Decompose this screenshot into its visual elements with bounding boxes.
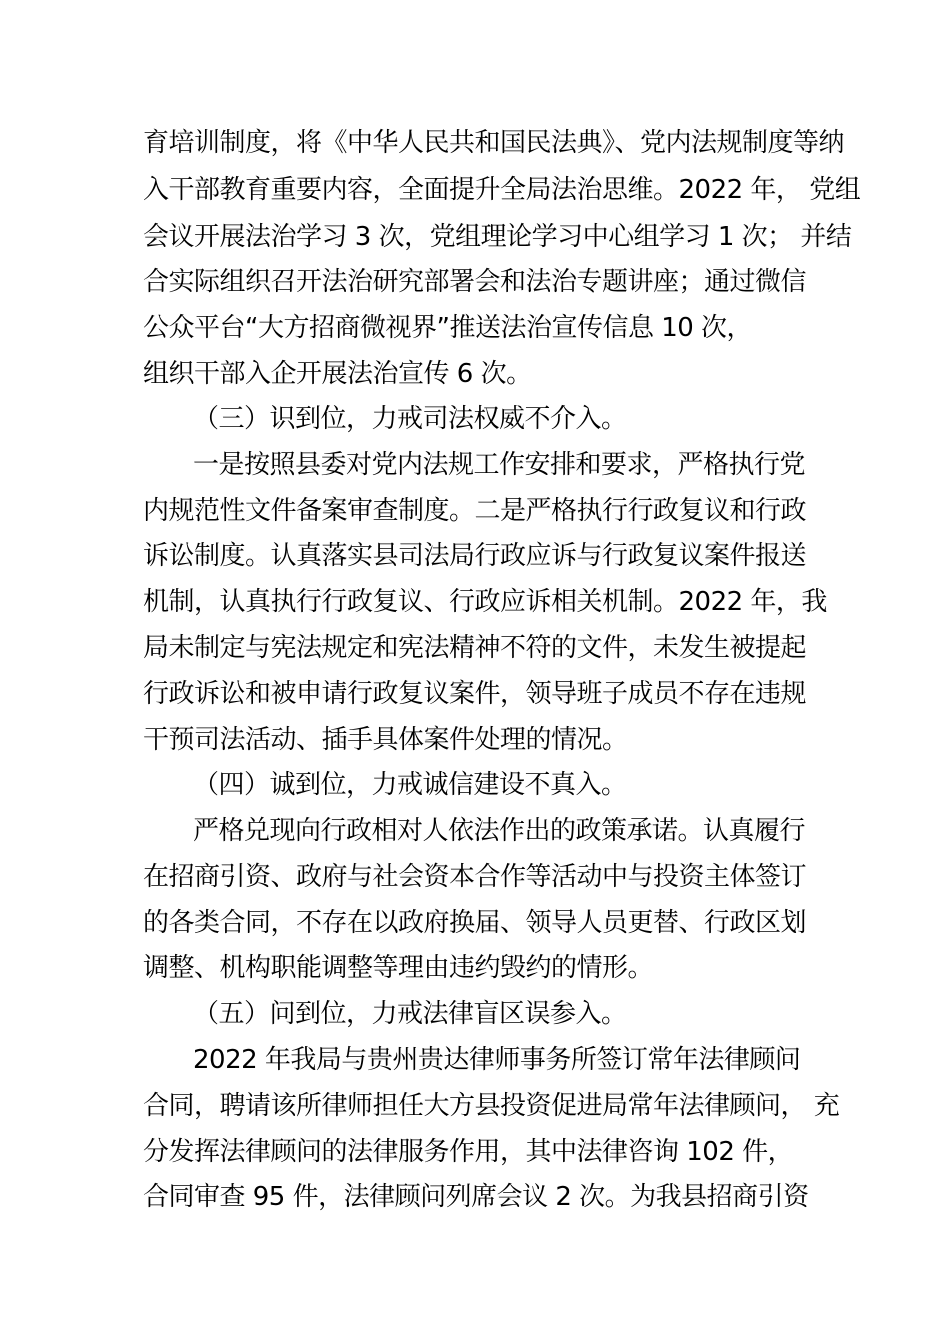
paragraph-line: 行政诉讼和被申请行政复议案件，领导班子成员不存在违规 [143, 679, 806, 709]
paragraph-line: 机制，认真执行行政复议、行政应诉相关机制。2022 年，我 [143, 587, 827, 617]
paragraph-line: 一是按照县委对党内法规工作安排和要求，严格执行党 [193, 450, 805, 480]
document-page: 育培训制度，将《中华人民共和国民法典》、党内法规制度等纳入干部教育重要内容，全面… [0, 0, 950, 1344]
section-heading: （三）识到位，力戒司法权威不介入。 [193, 404, 627, 434]
paragraph-line: 的各类合同，不存在以政府换届、领导人员更替、行政区划 [143, 908, 806, 938]
paragraph-line: 干预司法活动、插手具体案件处理的情况。 [143, 725, 628, 755]
paragraph-line: 会议开展法治学习 3 次，党组理论学习中心组学习 1 次； 并结 [143, 222, 851, 252]
paragraph-line: 合同，聘请该所律师担任大方县投资促进局常年法律顾问， 充 [143, 1091, 839, 1121]
paragraph-line: 调整、机构职能调整等理由违约毁约的情形。 [143, 953, 653, 983]
paragraph-line: 在招商引资、政府与社会资本合作等活动中与投资主体签订 [143, 862, 806, 892]
paragraph-line: 公众平台“大方招商微视界”推送法治宣传信息 10 次， [143, 313, 752, 343]
paragraph-line: 分发挥法律顾问的法律服务作用，其中法律咨询 102 件， [143, 1137, 793, 1167]
paragraph-line: 诉讼制度。认真落实县司法局行政应诉与行政复议案件报送 [143, 541, 806, 571]
paragraph-line: 2022 年我局与贵州贵达律师事务所签订常年法律顾问 [193, 1045, 800, 1075]
paragraph-line: 合实际组织召开法治研究部署会和法治专题讲座；通过微信 [143, 267, 806, 297]
paragraph-line: 内规范性文件备案审查制度。二是严格执行行政复议和行政 [143, 496, 806, 526]
paragraph-line: 组织干部入企开展法治宣传 6 次。 [143, 359, 532, 389]
paragraph-line: 入干部教育重要内容，全面提升全局法治思维。2022 年， 党组 [143, 175, 860, 205]
section-heading: （五）问到位，力戒法律盲区误参入。 [193, 999, 627, 1029]
paragraph-line: 育培训制度，将《中华人民共和国民法典》、党内法规制度等纳 [143, 128, 844, 158]
paragraph-line: 局未制定与宪法规定和宪法精神不符的文件，未发生被提起 [143, 633, 806, 663]
paragraph-line: 合同审查 95 件，法律顾问列席会议 2 次。为我县招商引资 [143, 1182, 809, 1212]
section-heading: （四）诚到位，力戒诚信建设不真入。 [193, 770, 627, 800]
paragraph-line: 严格兑现向行政相对人依法作出的政策承诺。认真履行 [193, 816, 805, 846]
